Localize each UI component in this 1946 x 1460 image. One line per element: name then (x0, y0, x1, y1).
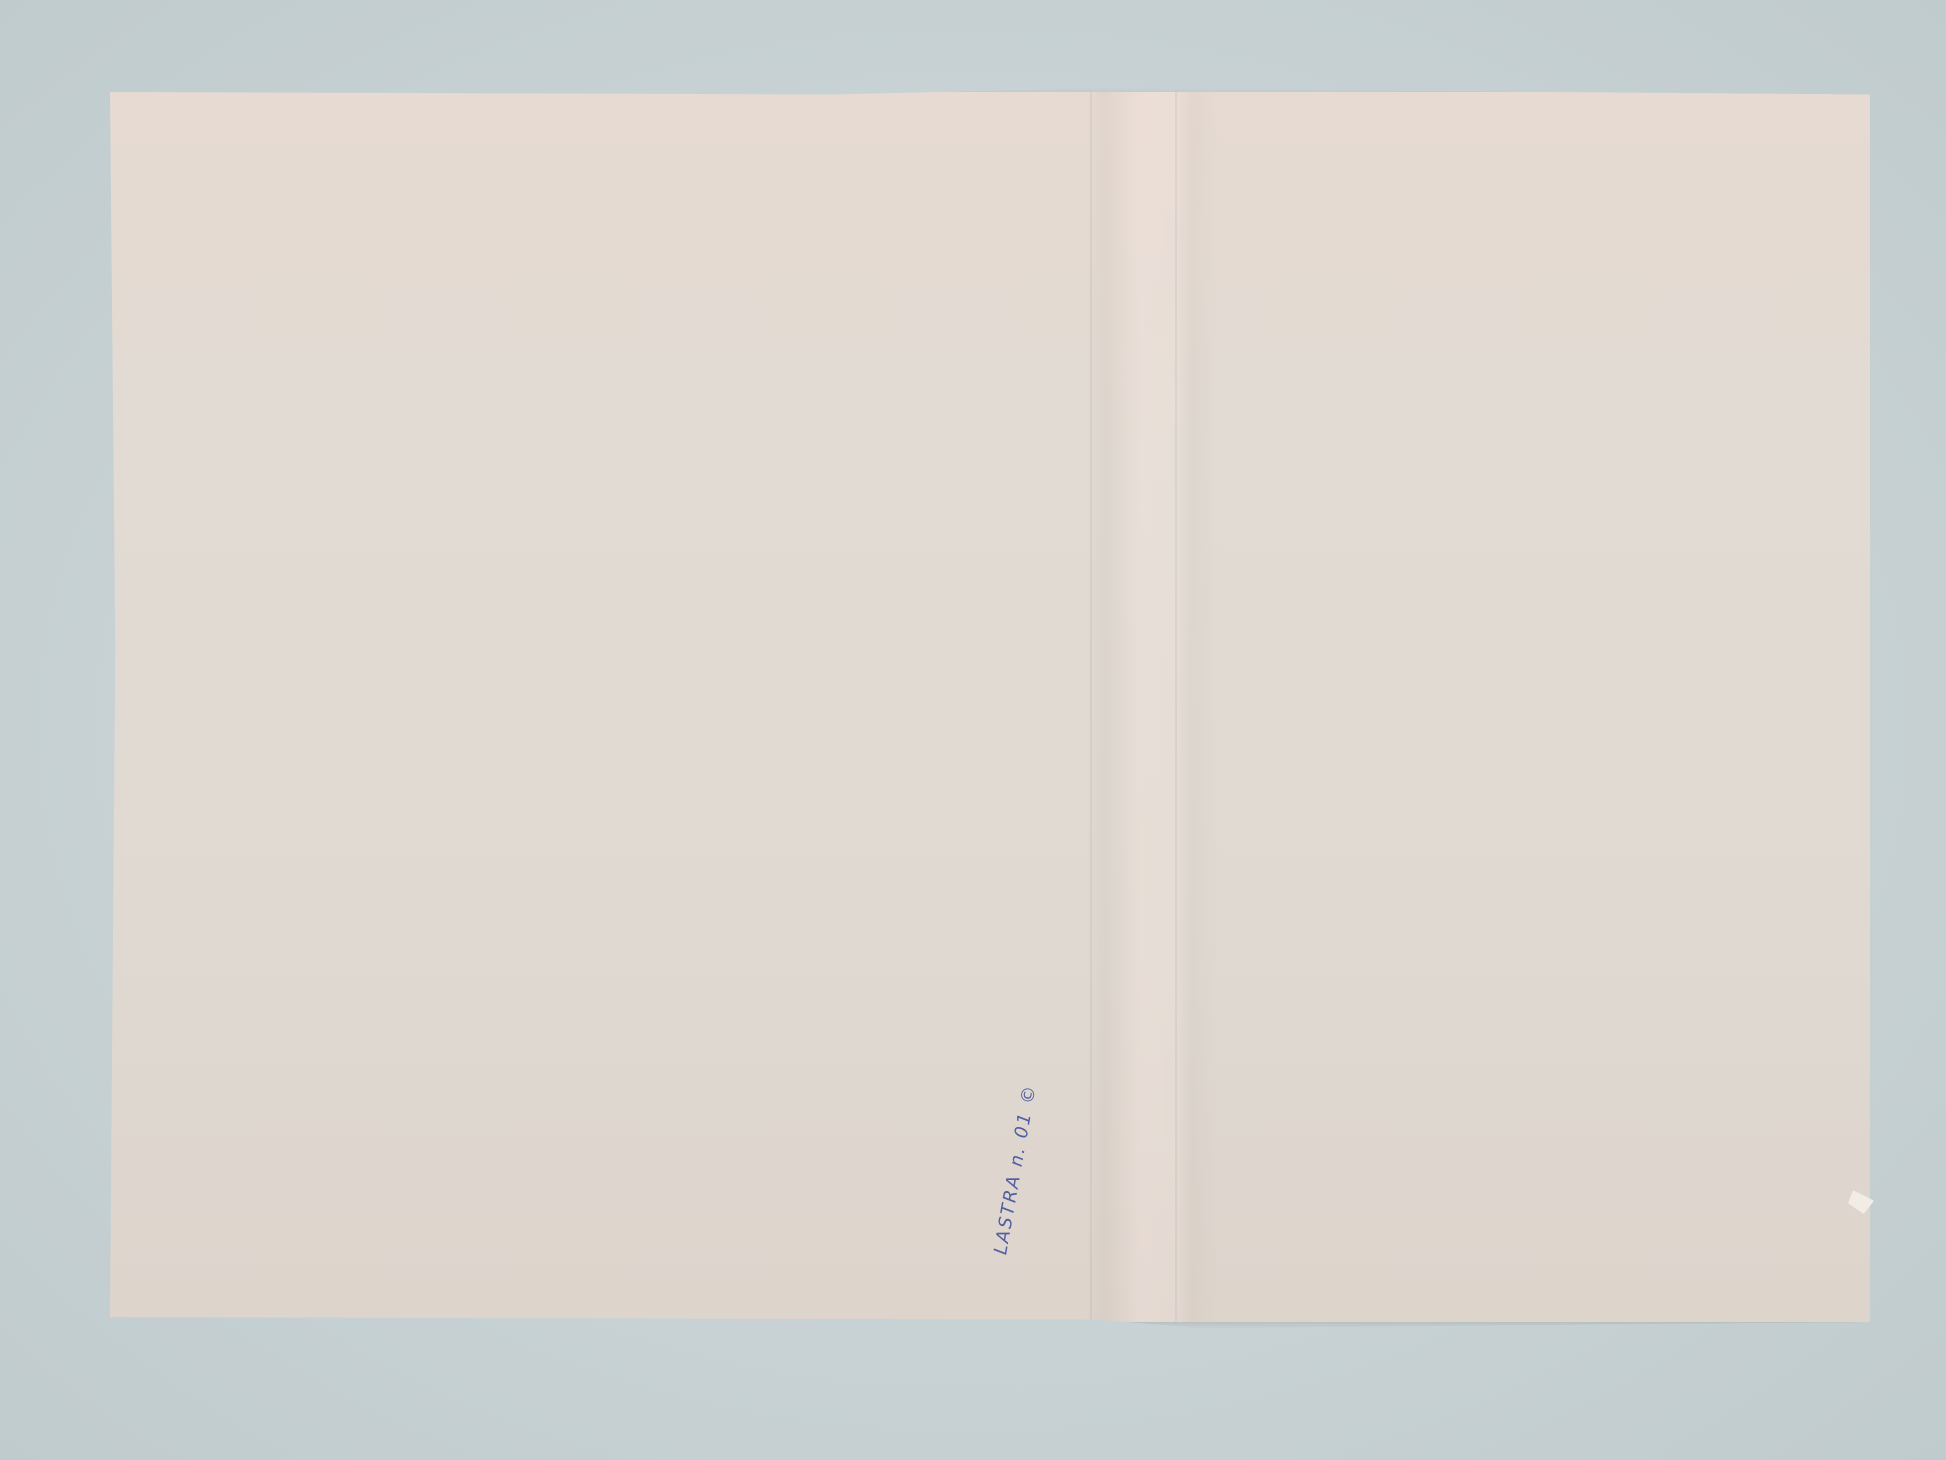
fold-crease (1175, 92, 1177, 1322)
paper-sheet (110, 92, 1870, 1322)
fold-crease (1090, 92, 1092, 1322)
